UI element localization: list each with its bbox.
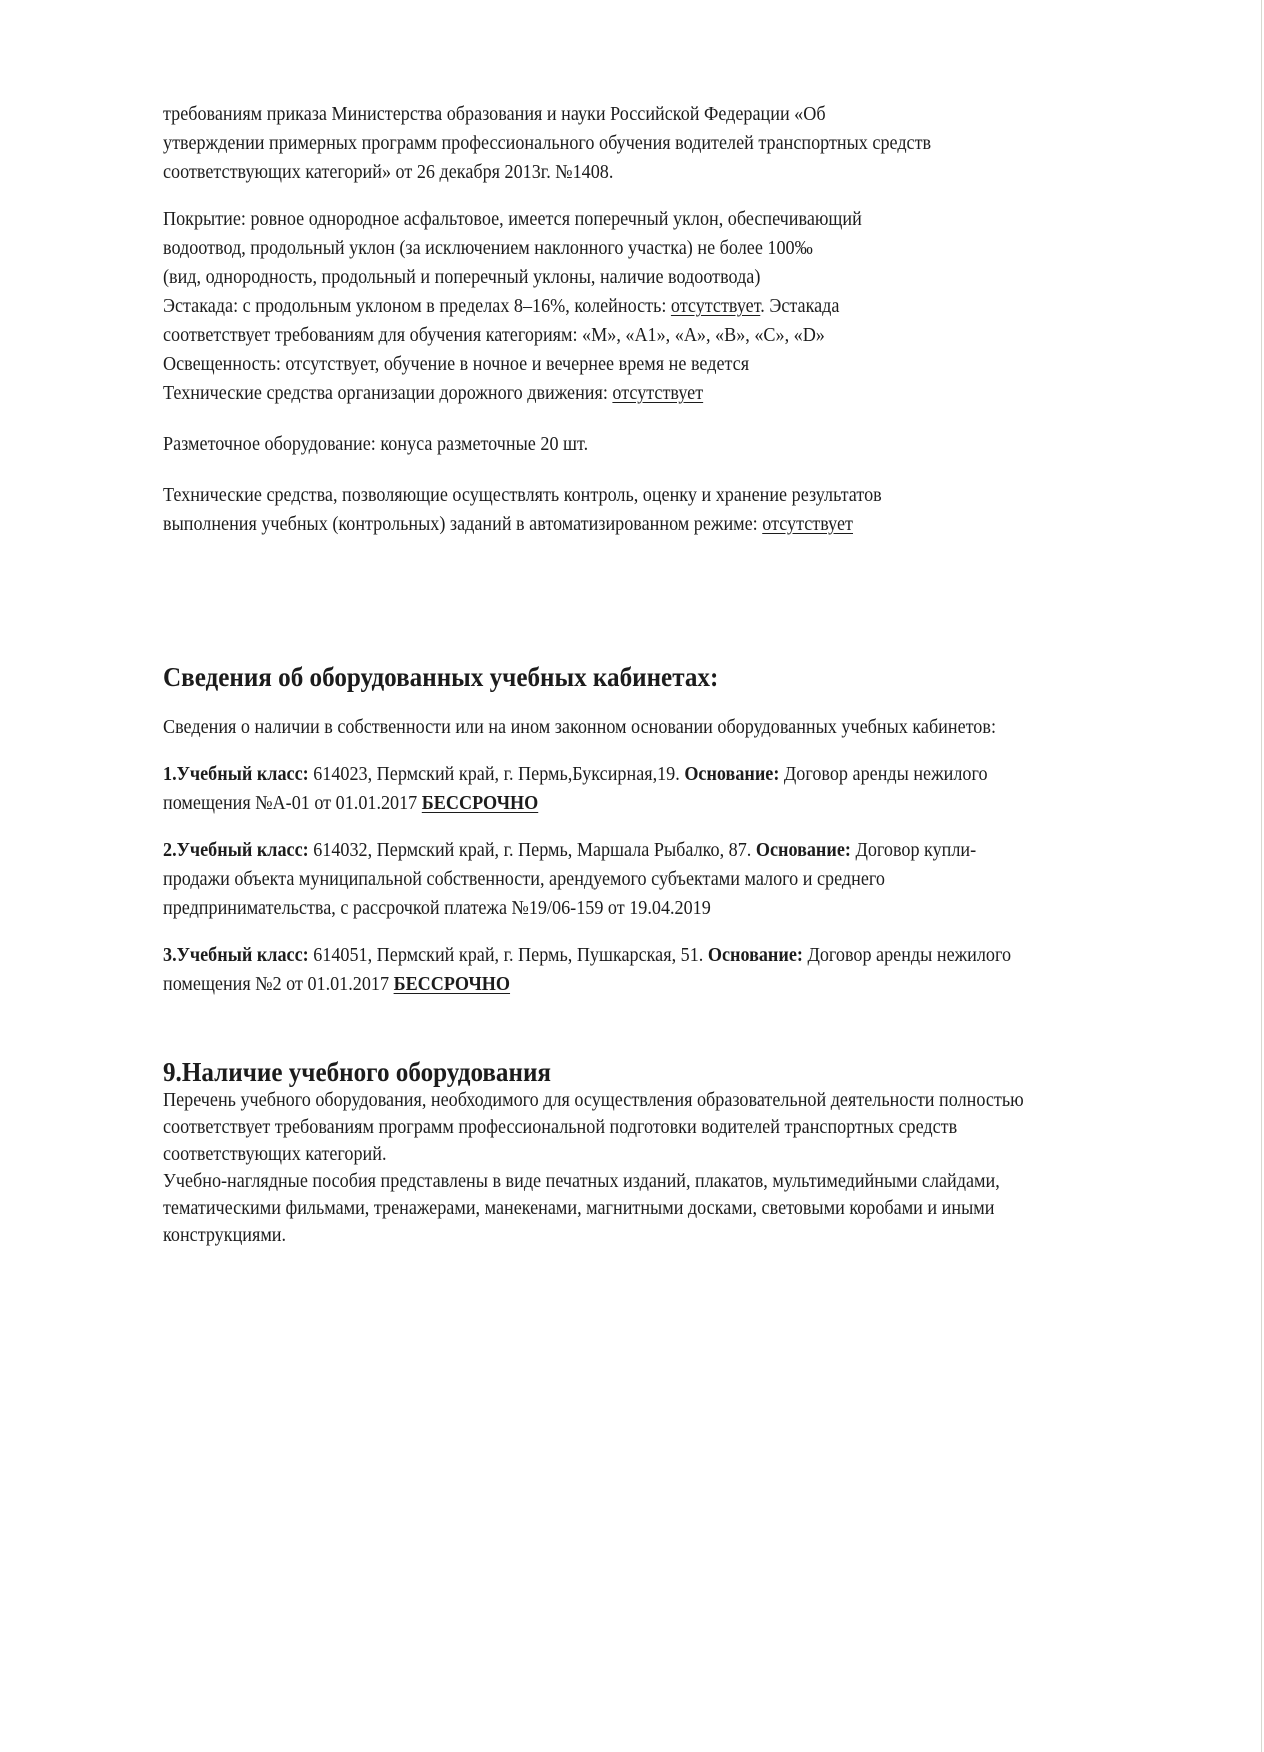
term-badge: БЕССРОЧНО	[394, 974, 510, 995]
tech-control-prefix: выполнения учебных (контрольных) заданий…	[163, 514, 762, 535]
marking-paragraph: Разметочное оборудование: конуса размето…	[163, 430, 1047, 459]
basis-label: Основание:	[708, 945, 803, 966]
equipment-section-title: 9.Наличие учебного оборудования	[163, 1057, 1047, 1087]
equipment-paragraph-1: Перечень учебного оборудования, необходи…	[163, 1087, 1037, 1168]
traffic-line: Технические средства организации дорожно…	[163, 379, 1047, 408]
estakada-suffix: . Эстакада	[760, 296, 839, 317]
cabinet-label: 3.Учебный класс:	[163, 945, 309, 966]
cabinets-intro: Сведения о наличии в собственности или н…	[163, 713, 1019, 742]
term-badge: БЕССРОЧНО	[422, 793, 538, 814]
estakada-prefix: Эстакада: с продольным уклоном в предела…	[163, 296, 671, 317]
lighting-line: Освещенность: отсутствует, обучение в но…	[163, 350, 1047, 379]
cabinet-item-2: 2.Учебный класс: 614032, Пермский край, …	[163, 836, 1037, 923]
basis-label: Основание:	[684, 764, 779, 785]
cabinet-address: 614032, Пермский край, г. Пермь, Маршала…	[309, 840, 756, 861]
page-edge-line	[1261, 0, 1262, 1752]
intro-paragraph: требованиям приказа Министерства образов…	[163, 100, 1047, 187]
tech-control-line: выполнения учебных (контрольных) заданий…	[163, 510, 1047, 539]
intro-line: утверждении примерных программ профессио…	[163, 129, 1047, 158]
tech-control-paragraph: Технические средства, позволяющие осущес…	[163, 481, 1047, 539]
traffic-value: отсутствует	[612, 383, 703, 404]
surface-line: Покрытие: ровное однородное асфальтовое,…	[163, 205, 1047, 234]
surface-line: водоотвод, продольный уклон (за исключен…	[163, 234, 1047, 263]
rut-value: отсутствует	[671, 296, 760, 317]
categories-line: соответствует требованиям для обучения к…	[163, 321, 1047, 350]
estakada-line: Эстакада: с продольным уклоном в предела…	[163, 292, 1047, 321]
cabinet-label: 1.Учебный класс:	[163, 764, 309, 785]
basis-label: Основание:	[756, 840, 851, 861]
cabinet-address: 614051, Пермский край, г. Пермь, Пушкарс…	[309, 945, 708, 966]
document-body: требованиям приказа Министерства образов…	[163, 100, 1047, 1249]
cabinet-item-1: 1.Учебный класс: 614023, Пермский край, …	[163, 760, 1037, 818]
intro-line: требованиям приказа Министерства образов…	[163, 100, 1047, 129]
intro-line: соответствующих категорий» от 26 декабря…	[163, 158, 1047, 187]
tech-control-line: Технические средства, позволяющие осущес…	[163, 481, 1047, 510]
tech-control-value: отсутствует	[762, 514, 853, 535]
cabinet-address: 614023, Пермский край, г. Пермь,Буксирна…	[309, 764, 685, 785]
equipment-paragraph-2: Учебно-наглядные пособия представлены в …	[163, 1168, 1056, 1249]
cabinet-item-3: 3.Учебный класс: 614051, Пермский край, …	[163, 941, 1019, 999]
surface-line: (вид, однородность, продольный и попереч…	[163, 263, 1047, 292]
surface-paragraph: Покрытие: ровное однородное асфальтовое,…	[163, 205, 1047, 408]
traffic-prefix: Технические средства организации дорожно…	[163, 383, 612, 404]
cabinet-label: 2.Учебный класс:	[163, 840, 309, 861]
cabinets-section-title: Сведения об оборудованных учебных кабине…	[163, 659, 1047, 695]
